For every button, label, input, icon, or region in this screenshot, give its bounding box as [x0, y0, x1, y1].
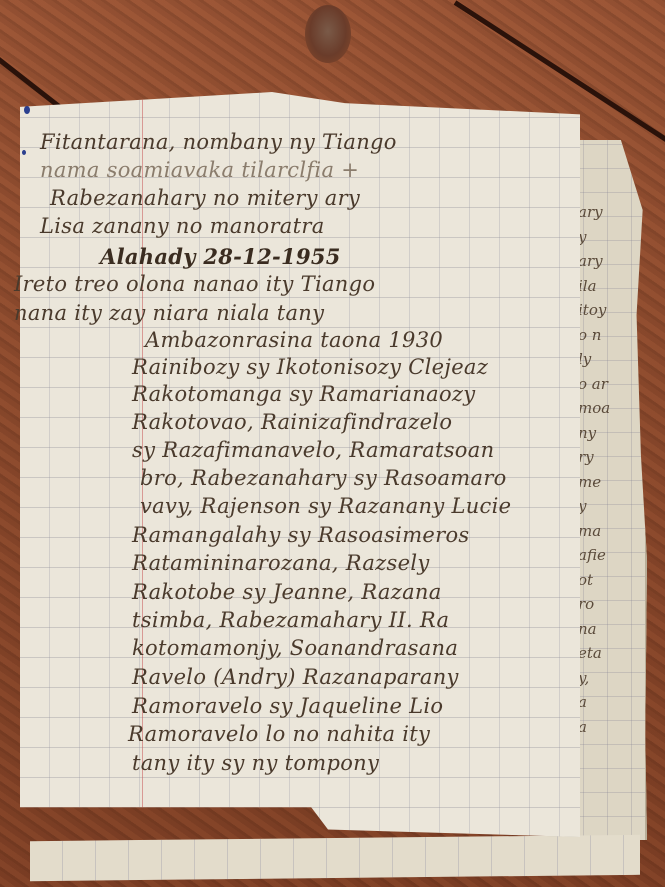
header-line: Lisa zanany no manoratra [40, 214, 325, 238]
body-line: Ravelo (Andry) Razanaparany [132, 665, 459, 689]
body-line: kotomamonjy, Soanandrasana [132, 636, 458, 660]
body-line: Ratamininarozana, Razsely [132, 551, 430, 575]
body-line: tany ity sy ny tompony [132, 751, 379, 775]
handwritten-text: Fitantarana, nombany ny Tiango nama soam… [0, 0, 665, 887]
body-line: Ramangalahy sy Rasoasimeros [132, 523, 470, 547]
intro-line: nana ity zay niara niala tany [14, 301, 324, 325]
body-line: vavy, Rajenson sy Razanany Lucie [140, 494, 511, 518]
body-line: sy Razafimanavelo, Ramaratsoan [132, 438, 494, 462]
body-line: Ambazonrasina taona 1930 [145, 328, 443, 352]
body-line: Rakotobe sy Jeanne, Razana [132, 580, 442, 604]
intro-line: Ireto treo olona nanao ity Tiango [14, 272, 375, 296]
header-date-line: Alahady 28-12-1955 [100, 244, 341, 269]
body-line: Rainibozy sy Ikotonisozy Clejeaz [132, 355, 488, 379]
body-line: Rakotomanga sy Ramarianaozy [132, 382, 475, 406]
header-line: nama soamiavaka tilarclfia + [40, 158, 359, 182]
header-line: Rabezanahary no mitery ary [50, 186, 360, 210]
body-line: tsimba, Rabezamahary II. Ra [132, 608, 449, 632]
header-line: Fitantarana, nombany ny Tiango [40, 130, 397, 154]
body-line: bro, Rabezanahary sy Rasoamaro [140, 466, 507, 490]
body-line: Ramoravelo sy Jaqueline Lio [132, 694, 443, 718]
body-line: Rakotovao, Rainizafindrazelo [132, 410, 452, 434]
body-line: Ramoravelo lo no nahita ity [128, 722, 430, 746]
